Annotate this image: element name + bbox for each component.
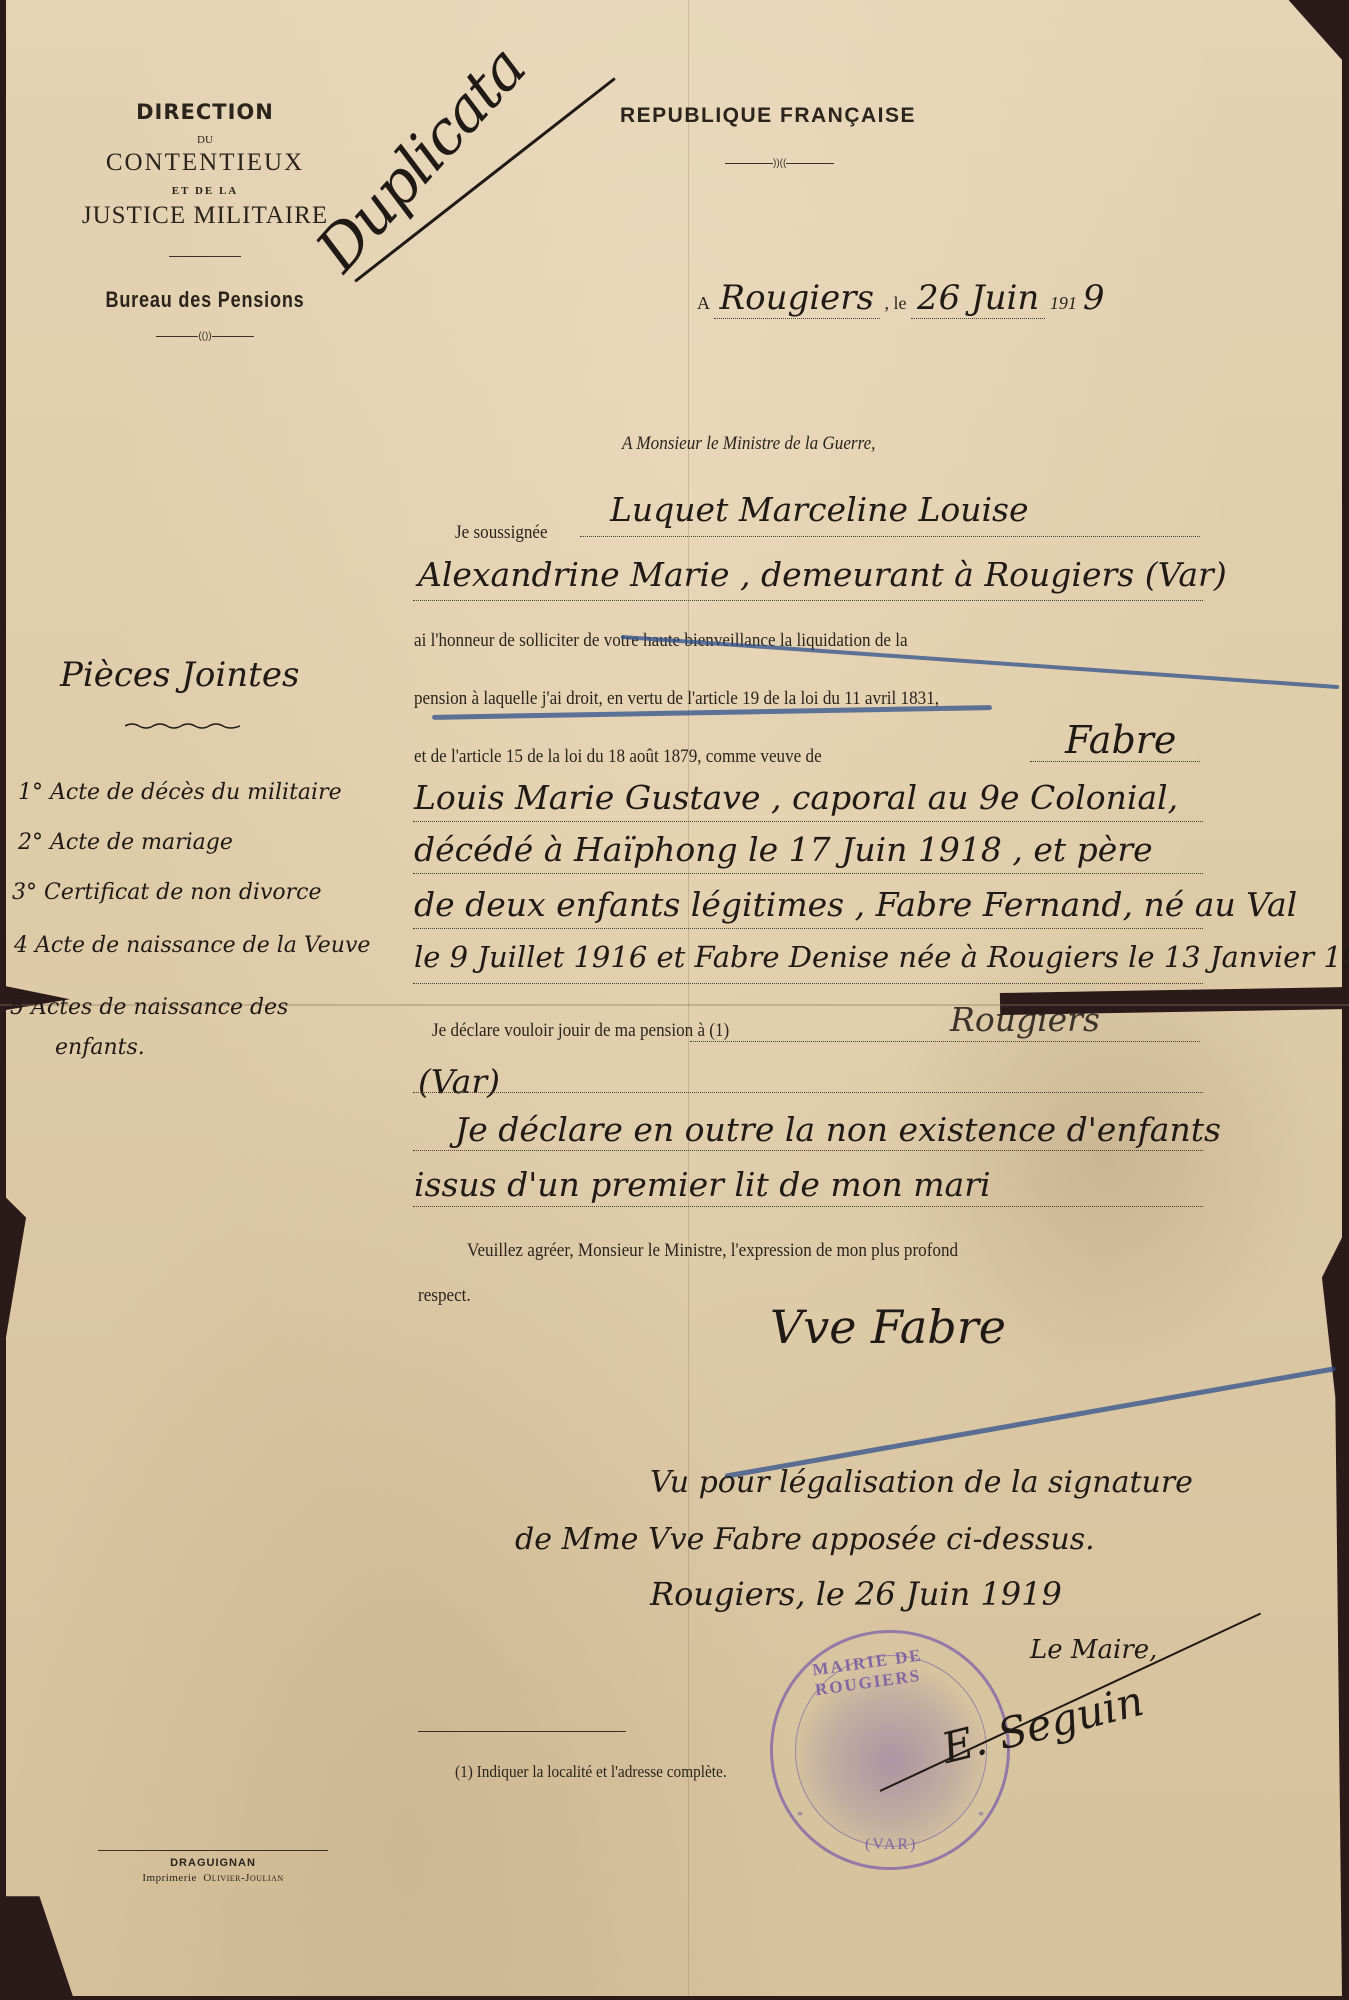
addressee: A Monsieur le Ministre de la Guerre,	[622, 433, 875, 455]
pieces-jointes-item: enfants.	[55, 1035, 145, 1060]
applicant-signature: Vve Fabre	[770, 1300, 1006, 1354]
header-ornament-icon: (())	[40, 331, 370, 342]
pension-place-label: Je déclare vouloir jouir de ma pension à…	[432, 1020, 729, 1042]
declaration-line-1: Je déclare en outre la non existence d'e…	[455, 1110, 1221, 1149]
husband-details-line-4: le 9 Juillet 1916 et Fabre Denise née à …	[414, 940, 1349, 974]
husband-details-line-2: décédé à Haïphong le 17 Juin 1918 , et p…	[414, 830, 1153, 869]
legalisation-line-1: Vu pour légalisation de la signature	[650, 1465, 1193, 1500]
pension-department: (Var)	[418, 1062, 500, 1101]
header-contentieux: CONTENTIEUX	[40, 150, 370, 175]
republique-ornament-icon: ))((	[725, 158, 834, 169]
header-et-de-la: ET DE LA	[40, 185, 370, 197]
pieces-jointes-item: 4 Acte de naissance de la Veuve	[14, 933, 370, 958]
printer-imprint: DRAGUIGNAN Imprimerie Olivier-Joulian	[98, 1850, 328, 1884]
date-le: , le	[884, 293, 906, 313]
form-dotted-line	[413, 1205, 1203, 1207]
form-dotted-line	[580, 535, 1200, 537]
husband-details-line-1: Louis Marie Gustave , caporal au 9e Colo…	[414, 778, 1178, 817]
form-dotted-line	[690, 1040, 1200, 1042]
soussignee-label: Je soussignée	[455, 522, 548, 544]
year-handwritten: 9	[1077, 278, 1111, 318]
printer-name: Imprimerie Olivier-Joulian	[98, 1872, 328, 1884]
body-printed-line-3: et de l'article 15 de la loi du 18 août …	[414, 746, 822, 768]
header-republique-francaise: REPUBLIQUE FRANÇAISE	[620, 104, 916, 128]
applicant-name-line-1: Luquet Marceline Louise	[610, 490, 1029, 529]
form-dotted-line	[413, 872, 1203, 874]
form-dotted-line	[413, 927, 1203, 929]
legalisation-line-2: de Mme Vve Fabre apposée ci-dessus.	[515, 1522, 1095, 1557]
stamp-star-icon: *	[797, 1808, 803, 1823]
form-dotted-line	[413, 820, 1203, 822]
fold-crease-vertical	[688, 0, 689, 1996]
form-dotted-line	[413, 982, 1203, 984]
header-bureau-des-pensions: Bureau des Pensions	[70, 287, 341, 313]
form-dotted-line	[413, 1149, 1203, 1151]
husband-details-line-3: de deux enfants légitimes , Fabre Fernan…	[414, 885, 1297, 924]
closing-line-1: Veuillez agréer, Monsieur le Ministre, l…	[467, 1240, 958, 1262]
printer-city: DRAGUIGNAN	[98, 1857, 328, 1869]
form-dotted-line	[413, 599, 1203, 601]
legalisation-date: Rougiers, le 26 Juin 1919	[650, 1575, 1062, 1613]
pieces-jointes-title: Pièces Jointes	[60, 655, 299, 695]
form-dotted-line	[1030, 760, 1200, 762]
stamp-bottom-text: (VAR)	[865, 1836, 917, 1854]
pieces-jointes-item: 3° Certificat de non divorce	[12, 880, 322, 905]
closing-line-2: respect.	[418, 1285, 471, 1307]
header-divider	[169, 256, 241, 257]
footnote: (1) Indiquer la localité et l'adresse co…	[455, 1762, 727, 1782]
stamp-star-icon: *	[978, 1808, 984, 1823]
form-dotted-line	[413, 1091, 1203, 1093]
applicant-name-line-2: Alexandrine Marie , demeurant à Rougiers…	[418, 555, 1227, 594]
place-field: Rougiers	[714, 278, 880, 318]
date-field: 26 Juin	[911, 278, 1045, 318]
pieces-jointes-item: 5 Actes de naissance des	[10, 995, 288, 1020]
header-direction: DIRECTION	[40, 100, 370, 124]
pieces-jointes-item: 2° Acte de mariage	[18, 830, 233, 855]
pieces-jointes-underline-icon	[125, 722, 240, 730]
footnote-divider	[418, 1731, 626, 1732]
le-maire-label: Le Maire,	[1030, 1635, 1157, 1665]
husband-surname: Fabre	[1065, 718, 1176, 762]
pension-place-field: Rougiers	[950, 1000, 1100, 1039]
header-du: DU	[40, 134, 370, 146]
printer-divider	[98, 1850, 328, 1851]
declaration-line-2: issus d'un premier lit de mon mari	[414, 1165, 991, 1204]
place-date-line: A Rougiers , le 26 Juin 1919	[697, 278, 1110, 319]
pieces-jointes-item: 1° Acte de décès du militaire	[18, 780, 342, 805]
year-printed: 191	[1050, 293, 1077, 313]
place-prefix: A	[697, 293, 709, 313]
